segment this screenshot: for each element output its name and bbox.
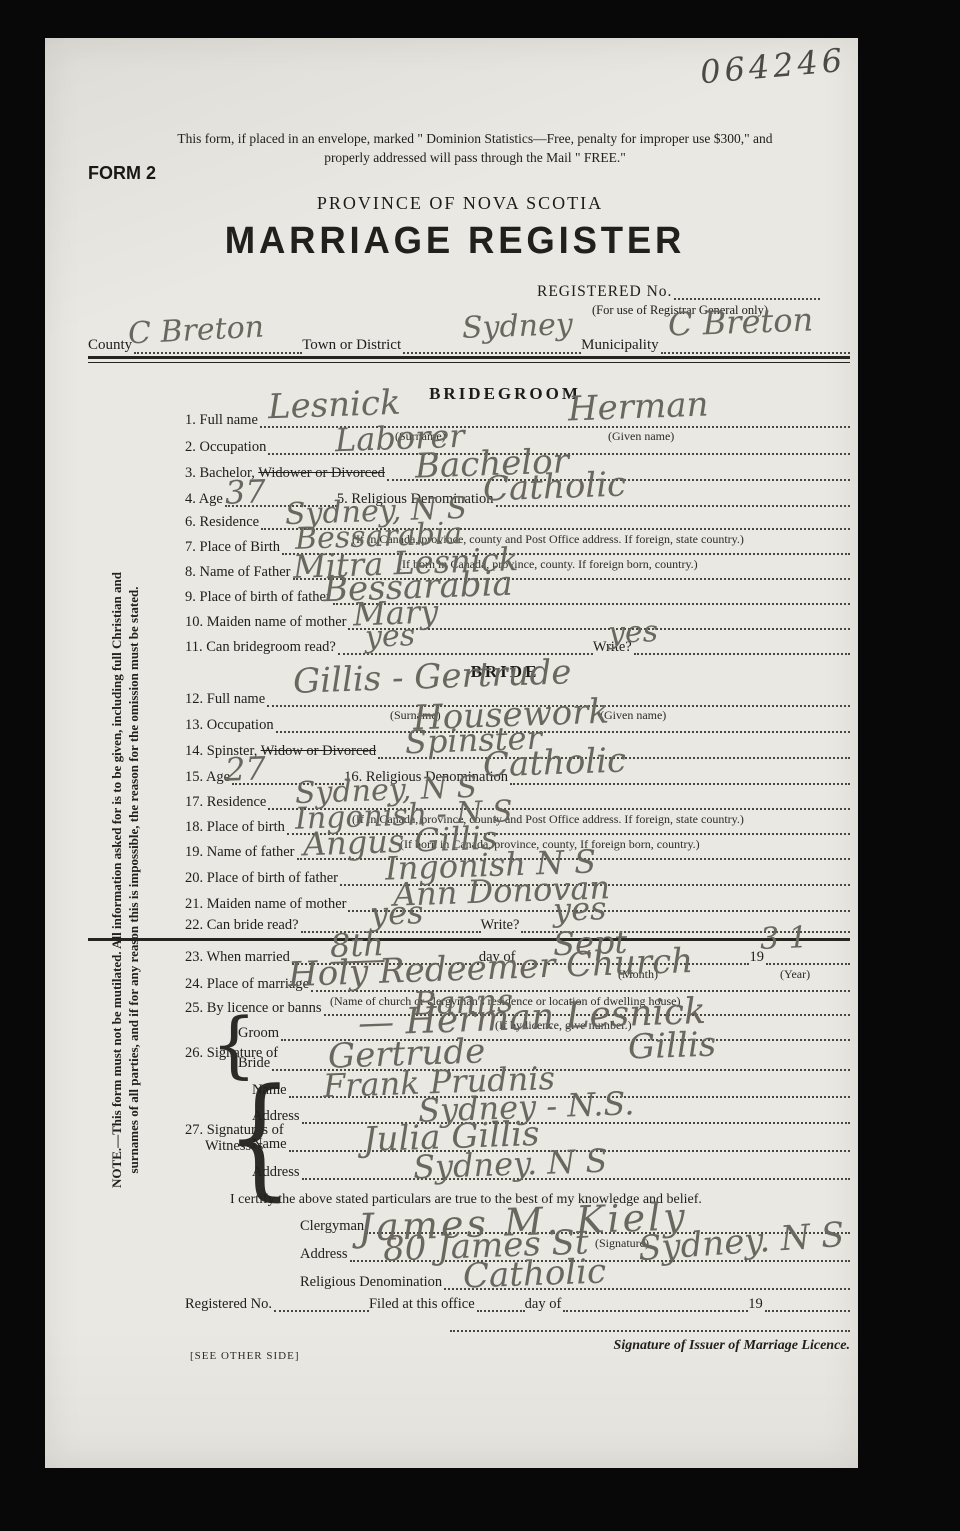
groom-write-handwriting: yes	[607, 617, 658, 649]
residence-label: 6. Residence	[185, 515, 261, 530]
see-other-side-label: [SEE OTHER SIDE]	[190, 1350, 300, 1362]
mother-label: 10. Maiden name of mother	[185, 615, 348, 630]
province-heading: PROVINCE OF NOVA SCOTIA	[210, 193, 710, 214]
bride-religion-handwriting: Catholic	[482, 744, 626, 783]
mail-notice-line1: This form, if placed in an envelope, mar…	[110, 131, 840, 147]
father-label: 19. Name of father	[185, 845, 297, 860]
clergyman-label: Clergyman	[300, 1219, 366, 1234]
status-struck-label: Widow or Divorced	[261, 743, 376, 759]
dotted-line	[661, 350, 850, 354]
footer-year-label: 19	[748, 1297, 765, 1312]
dotted-line	[477, 1308, 525, 1312]
married-year-handwriting: 3 1	[759, 923, 808, 955]
groom-surname-handwriting: Lesnick	[267, 386, 401, 425]
father-birthplace-label: 9. Place of birth of father	[185, 590, 333, 605]
father-birthplace-label: 20. Place of birth of father	[185, 871, 340, 886]
witness2-name-label: Name	[252, 1137, 289, 1152]
dotted-line	[403, 350, 581, 354]
town-label: Town or District	[302, 338, 403, 354]
issuer-signature-line	[450, 1322, 850, 1332]
father-label: 8. Name of Father	[185, 565, 293, 580]
occupation-label: 13. Occupation	[185, 718, 276, 733]
fullname-label: 1. Full name	[185, 413, 260, 428]
margin-note-line1: NOTE.—This form must not be mutilated. A…	[109, 555, 126, 1205]
dotted-line	[274, 1308, 369, 1312]
registered-no-label: REGISTERED No.	[537, 284, 674, 300]
occupation-label: 2. Occupation	[185, 440, 268, 455]
witness1-address-label: Address	[252, 1109, 302, 1124]
groom-age-handwriting: 37	[224, 475, 266, 508]
when-married-label: 23. When married	[185, 950, 292, 965]
religious-denomination-label: Religious Denomination	[300, 1275, 444, 1290]
bride-write-handwriting: yes	[552, 892, 607, 926]
page-title: MARRIAGE REGISTER	[143, 220, 767, 263]
groom-givenname-handwriting: Herman	[567, 388, 709, 427]
section-divider	[88, 356, 850, 363]
clergyman-address-label: Address	[300, 1247, 350, 1262]
dotted-line	[634, 651, 850, 655]
residence-label: 17. Residence	[185, 795, 268, 810]
mail-notice-line2: properly addressed will pass through the…	[110, 150, 840, 166]
bride-fullname-handwriting: Gillis - Gertrude	[292, 655, 571, 699]
dotted-line	[765, 1308, 850, 1312]
municipality-value-handwriting: C Breton	[667, 303, 813, 340]
dotted-line	[766, 961, 850, 965]
fullname-label: 12. Full name	[185, 692, 267, 707]
margin-note-line2: surnames of all parties, and if for any …	[126, 555, 143, 1205]
county-value-handwriting: C Breton	[127, 312, 264, 349]
footer-registered-no-label: Registered No.	[185, 1297, 274, 1312]
marriage-section-divider	[88, 938, 850, 941]
dotted-line	[134, 350, 302, 354]
mother-label: 21. Maiden name of mother	[185, 897, 348, 912]
witness2-address-label: Address	[252, 1165, 302, 1180]
form-number: FORM 2	[88, 163, 156, 184]
witness2-address-handwriting: Sydney. N S	[413, 1145, 608, 1184]
denomination-handwriting: Catholic	[462, 1255, 606, 1294]
can-write-label: Write?	[481, 918, 522, 933]
groom-religion-handwriting: Catholic	[482, 468, 626, 507]
municipality-label: Municipality	[581, 338, 661, 354]
footer-day-of-label: day of	[525, 1297, 564, 1312]
county-label: County	[88, 338, 134, 354]
bride-age-handwriting: 27	[224, 752, 266, 785]
bride-signature-last-handwriting: Gillis	[627, 1027, 716, 1064]
birthplace-label: 7. Place of Birth	[185, 540, 282, 555]
can-read-label: 11. Can bridegroom read?	[185, 640, 338, 655]
dotted-line	[563, 1308, 748, 1312]
status-struck-label: Widower or Divorced	[258, 465, 385, 481]
can-read-label: 22. Can bride read?	[185, 918, 301, 933]
age-label: 4. Age	[185, 492, 225, 507]
groom-signature-label: Groom	[238, 1026, 281, 1041]
groom-read-handwriting: yes	[364, 621, 415, 653]
dotted-line	[674, 296, 820, 300]
birthplace-label: 18. Place of birth	[185, 820, 287, 835]
scanned-page: 064246 This form, if placed in an envelo…	[0, 0, 960, 1531]
witness1-name-label: Name	[252, 1083, 289, 1098]
issuer-signature-label: Signature of Issuer of Marriage Licence.	[450, 1338, 850, 1354]
filed-at-office-label: Filed at this office	[369, 1297, 477, 1312]
town-value-handwriting: Sydney	[462, 310, 574, 344]
